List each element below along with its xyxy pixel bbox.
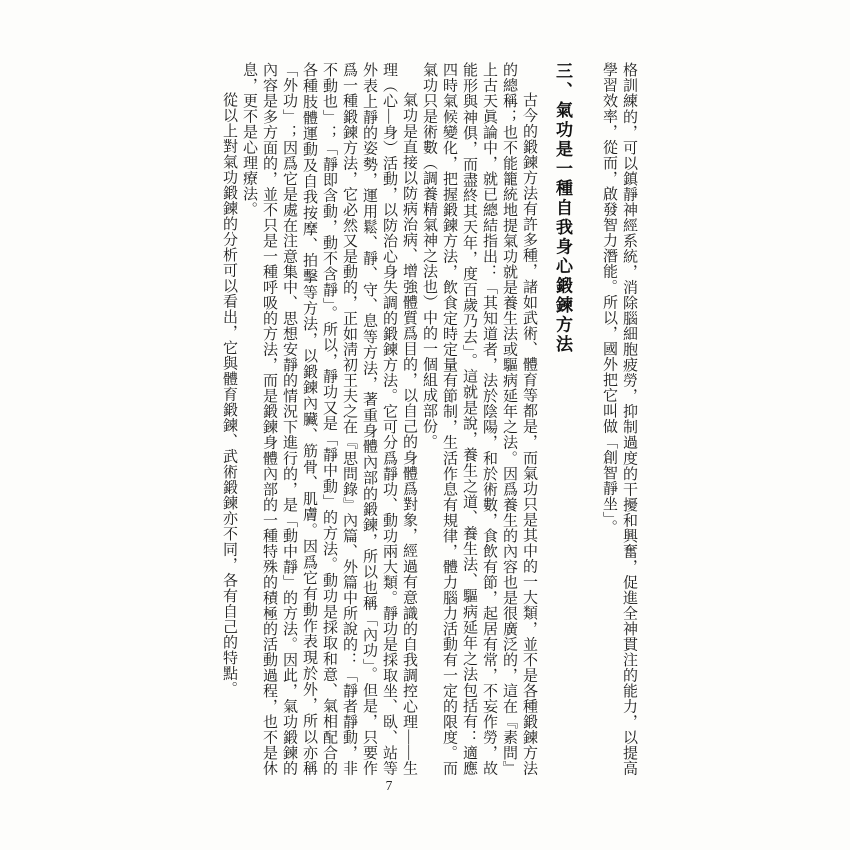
page-number: 7 — [381, 778, 397, 794]
vertical-text-block: 格訓練的，可以鎮靜神經系統，消除腦細胞疲勞，抑制過度的干擾和興奮，促進全神貫注的… — [219, 62, 639, 776]
paragraph: 從以上對氣功鍛鍊的分析可以看出，它與體育鍛鍊、武術鍛鍊亦不同，各有自己的特點。 — [219, 62, 239, 776]
paragraph: 古今的鍛鍊方法有許多種，諸如武術、體育等都是，而氣功只是其中的一大類，並不是各種… — [419, 62, 539, 776]
section-heading: 三、氣功是一種自我身心鍛鍊方法 — [551, 62, 573, 776]
paragraph-continuation: 格訓練的，可以鎮靜神經系統，消除腦細胞疲勞，抑制過度的干擾和興奮，促進全神貫注的… — [599, 62, 639, 776]
paragraph: 氣功是直接以防病治病、增強體質爲目的，以自己的身體爲對象，經過有意識的自我調控心… — [239, 62, 419, 776]
book-page: 格訓練的，可以鎮靜神經系統，消除腦細胞疲勞，抑制過度的干擾和興奮，促進全神貫注的… — [0, 0, 850, 850]
